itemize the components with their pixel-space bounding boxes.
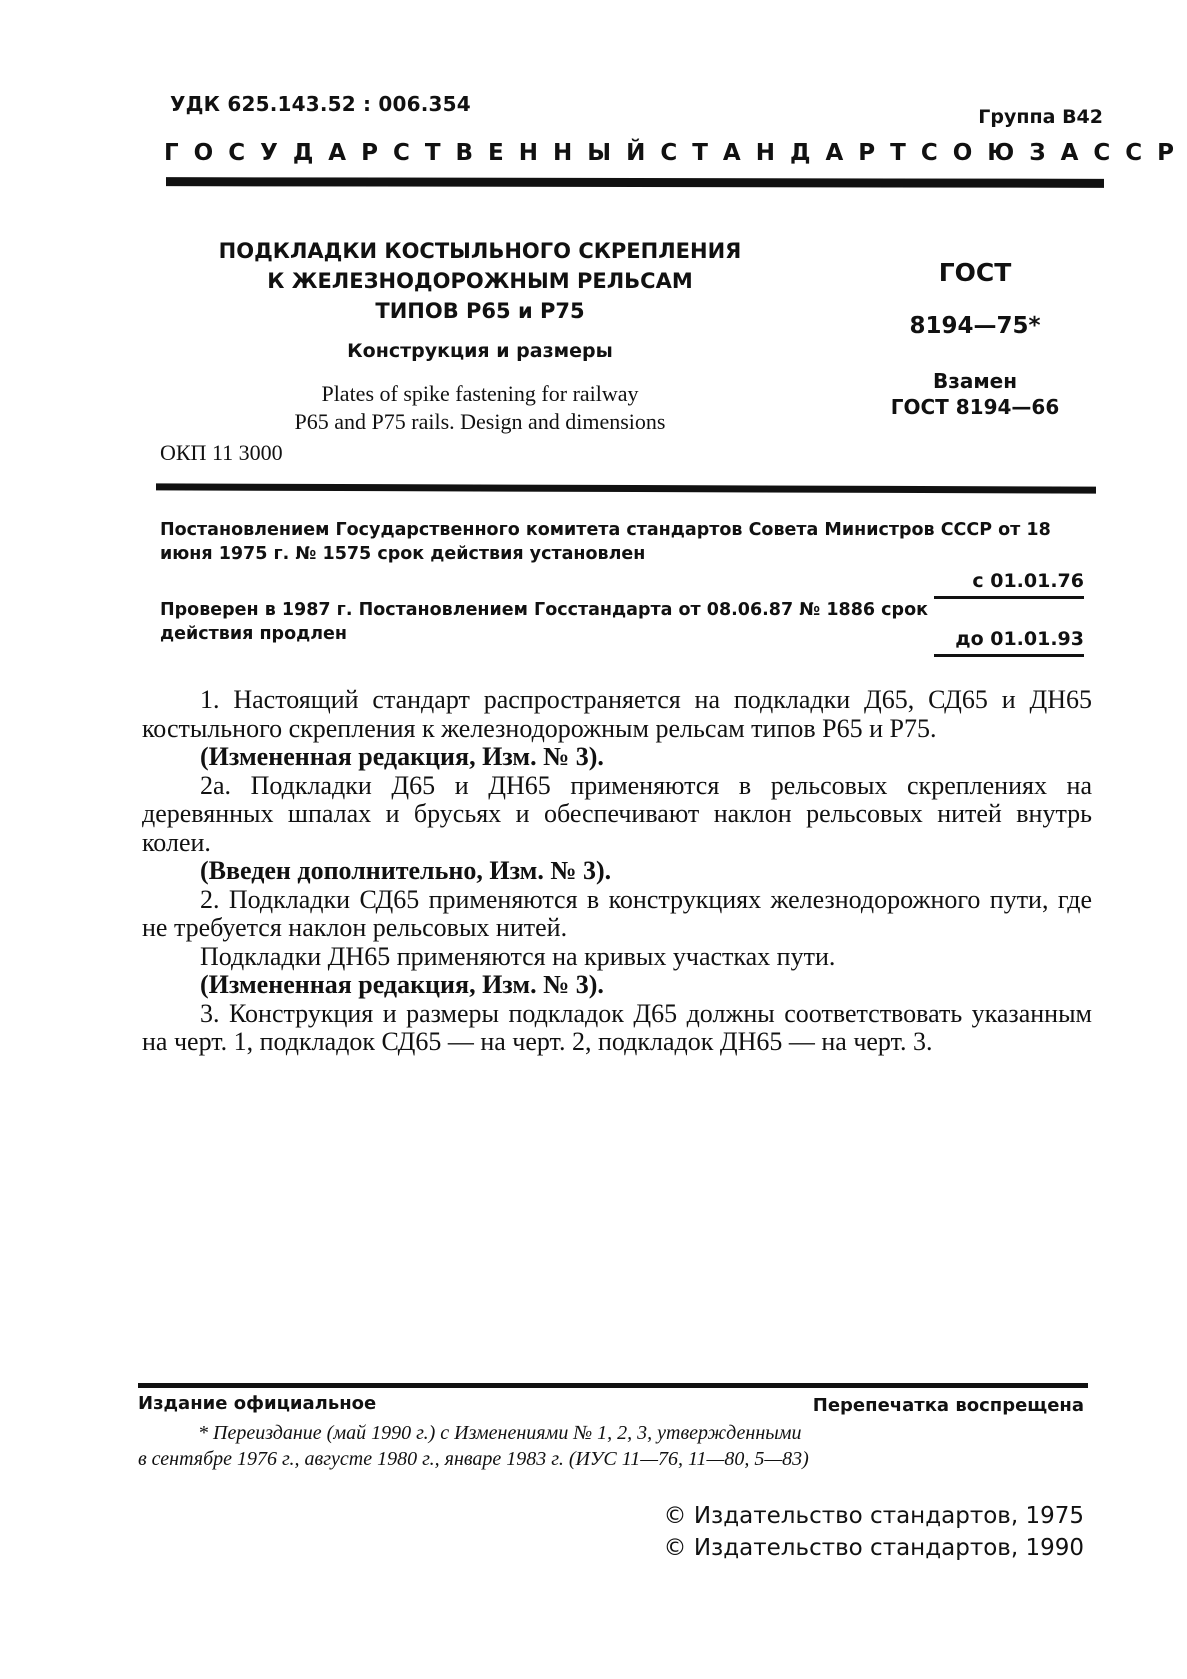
paragraph: 2а. Подкладки Д65 и ДН65 применяются в р… (142, 772, 1092, 858)
title-line: ТИПОВ Р65 и Р75 (200, 296, 760, 326)
official-edition: Издание официальное (138, 1393, 376, 1414)
paragraph: 3. Конструкция и размеры подкладок Д65 д… (142, 1000, 1092, 1057)
banner-word: СОЮЗА (921, 140, 1094, 166)
udk-code: УДК 625.143.52 : 006.354 (170, 92, 471, 116)
banner-word: ССР (1093, 140, 1187, 166)
okp-code: ОКП 11 3000 (160, 440, 283, 466)
english-title-line: P65 and P75 rails. Design and dimensions (200, 408, 760, 436)
end-date: до 01.01.93 (934, 628, 1084, 657)
body-text: 1. Настоящий стандарт распространяется н… (142, 686, 1092, 1057)
start-date: с 01.01.76 (934, 570, 1084, 599)
paragraph: Подкладки ДН65 применяются на кривых уча… (142, 943, 1092, 972)
paragraph: 2. Подкладки СД65 применяются в конструк… (142, 886, 1092, 943)
gost-number: 8194—75* (880, 313, 1070, 339)
title-block: ПОДКЛАДКИ КОСТЫЛЬНОГО СКРЕПЛЕНИЯ К ЖЕЛЕЗ… (200, 236, 760, 362)
amendment-note: (Введен дополнительно, Изм. № 3). (142, 857, 1092, 886)
replaces-label: Взамен (880, 369, 1070, 393)
reissue-note: * Переиздание (май 1990 г.) с Изменениям… (138, 1420, 1098, 1472)
amendment-note: (Измененная редакция, Изм. № 3). (142, 971, 1092, 1000)
paragraph: 1. Настоящий стандарт распространяется н… (142, 686, 1092, 743)
group-code: Группа В42 (978, 106, 1103, 128)
english-title: Plates of spike fastening for railway P6… (200, 380, 760, 436)
replaces-value: ГОСТ 8194—66 (880, 395, 1070, 419)
copyright-block: © Издательство стандартов, 1975 © Издате… (664, 1500, 1084, 1564)
top-divider (166, 177, 1104, 188)
title-line: К ЖЕЛЕЗНОДОРОЖНЫМ РЕЛЬСАМ (200, 266, 760, 296)
decree-text: Постановлением Государственного комитета… (160, 518, 1080, 566)
gost-block: ГОСТ 8194—75* Взамен ГОСТ 8194—66 (880, 258, 1070, 419)
subtitle: Конструкция и размеры (200, 340, 760, 362)
amendment-note: (Измененная редакция, Изм. № 3). (142, 743, 1092, 772)
reissue-line: * Переиздание (май 1990 г.) с Изменениям… (138, 1420, 1098, 1446)
no-reprint-notice: Перепечатка воспрещена (813, 1395, 1084, 1416)
english-title-line: Plates of spike fastening for railway (200, 380, 760, 408)
gost-label: ГОСТ (880, 258, 1070, 287)
header-divider (156, 483, 1096, 493)
banner-word: СТАНДАРТ (660, 140, 920, 166)
state-standard-banner: ГОСУДАРСТВЕННЫЙ СТАНДАРТ СОЮЗА ССР (164, 140, 1104, 166)
copyright-line: © Издательство стандартов, 1990 (664, 1532, 1084, 1564)
copyright-line: © Издательство стандартов, 1975 (664, 1500, 1084, 1532)
title-line: ПОДКЛАДКИ КОСТЫЛЬНОГО СКРЕПЛЕНИЯ (200, 236, 760, 266)
footer-divider (138, 1383, 1088, 1388)
reissue-line: в сентябре 1976 г., августе 1980 г., янв… (138, 1446, 1098, 1472)
checked-text: Проверен в 1987 г. Постановлением Госста… (160, 598, 940, 646)
banner-word: ГОСУДАРСТВЕННЫЙ (164, 140, 660, 166)
